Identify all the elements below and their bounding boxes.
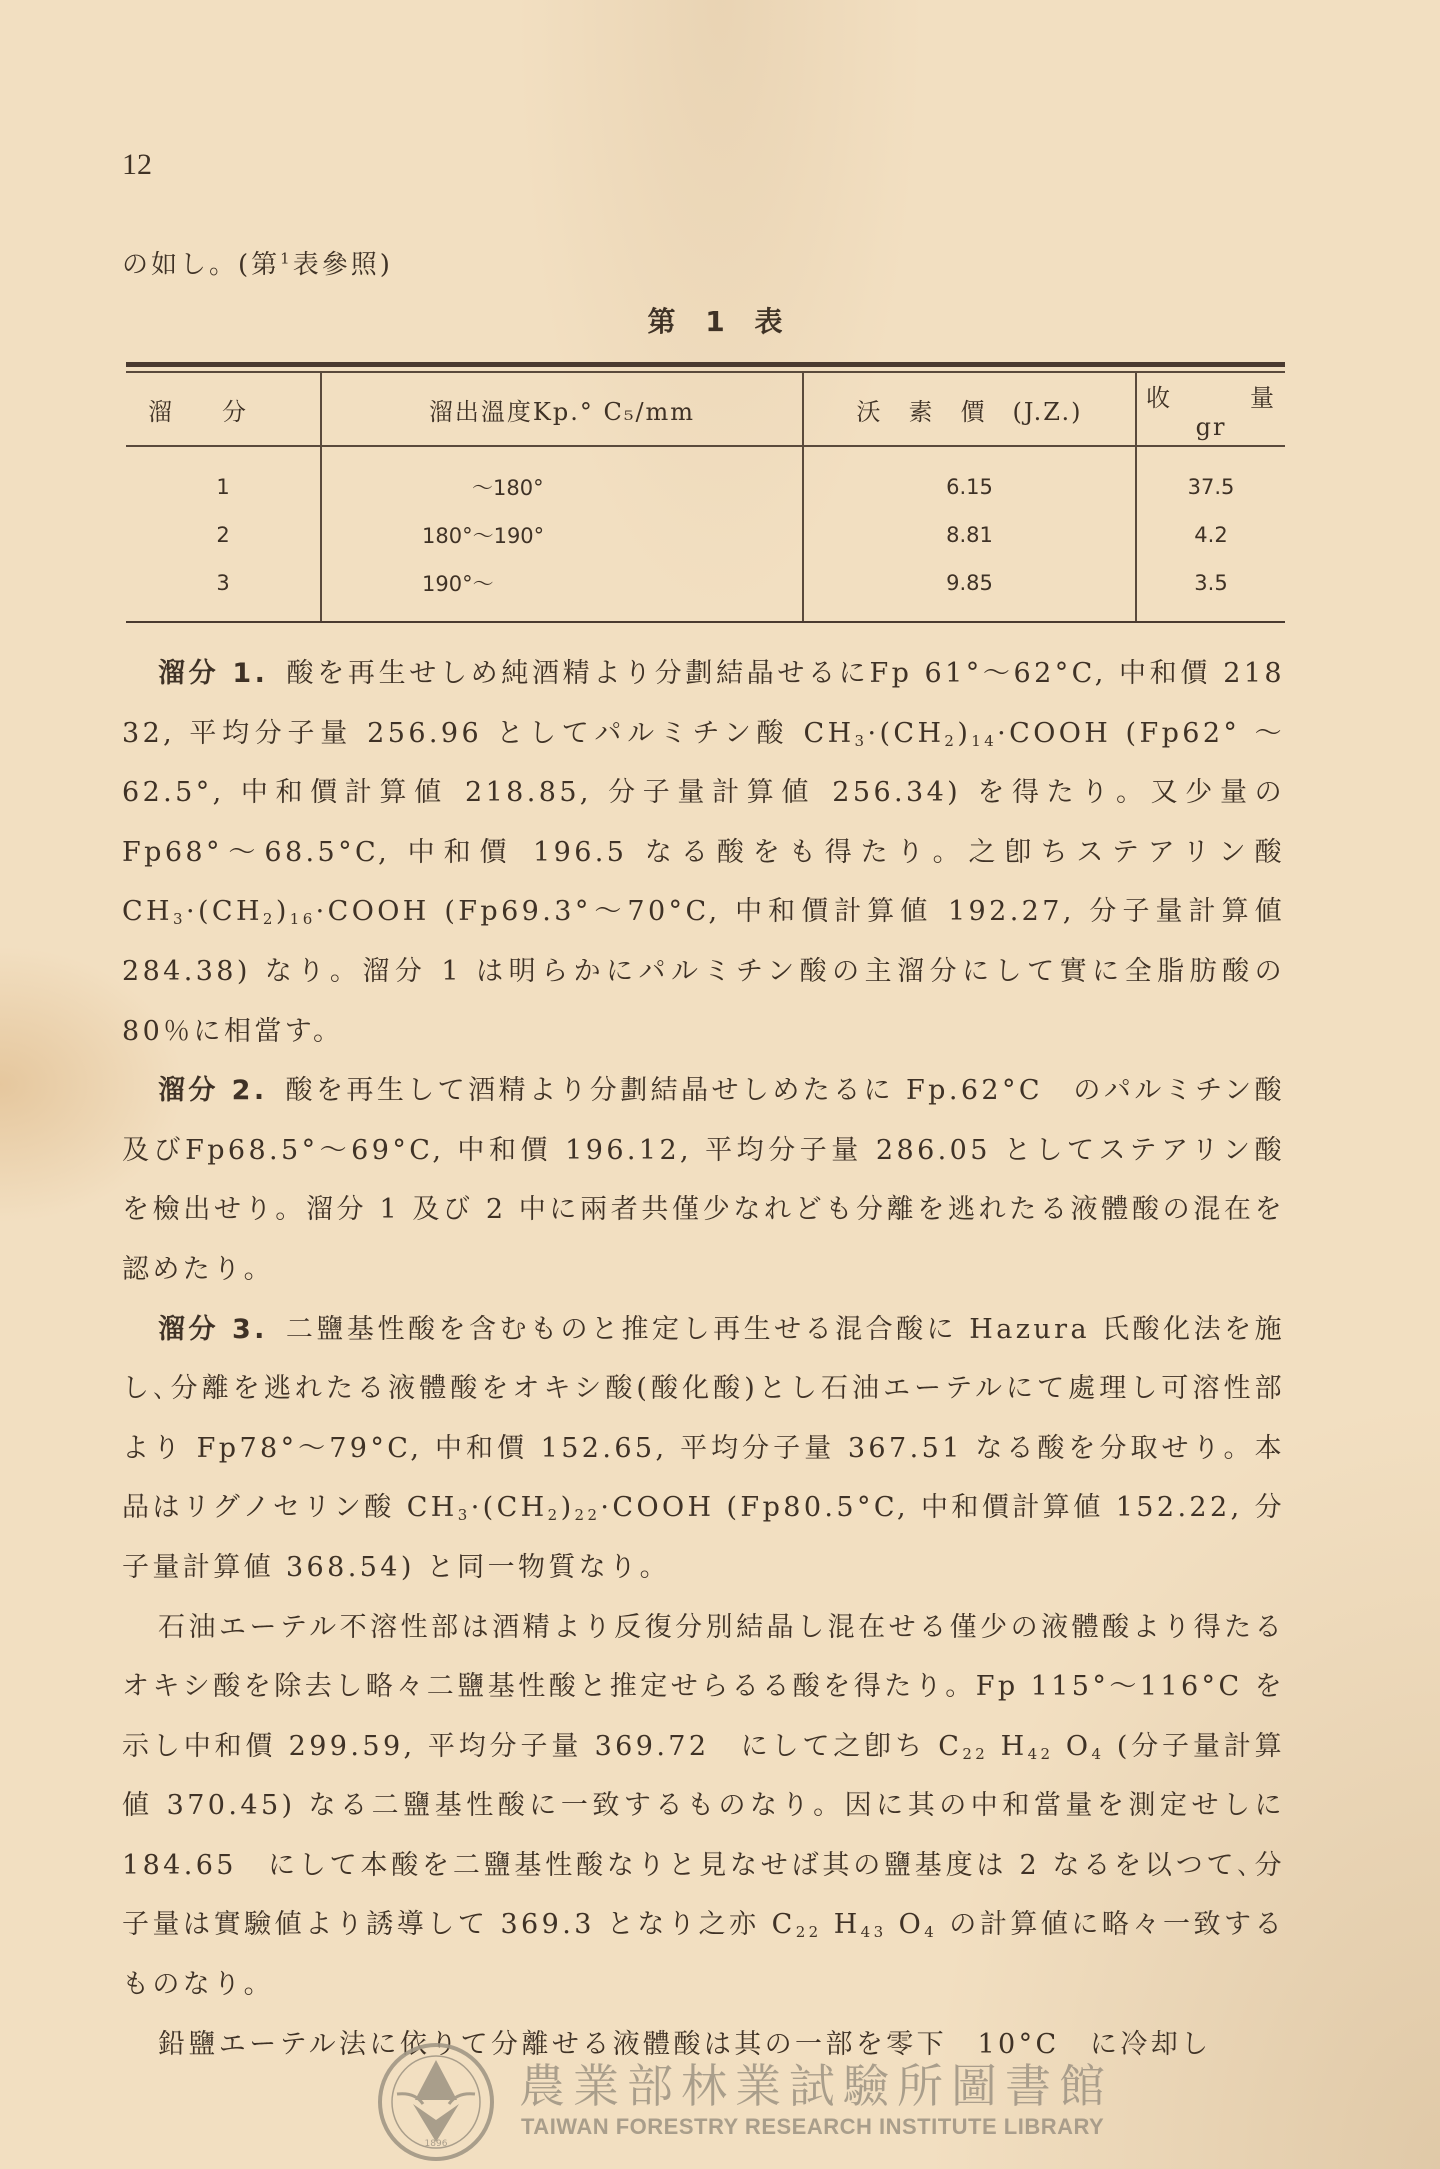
text-run: ·(CH bbox=[471, 1492, 548, 1523]
subscript: 22 bbox=[796, 1923, 822, 1941]
table-bottom-rule bbox=[126, 621, 1285, 623]
paragraph-fraction-1: 溜分 1.酸を再生せしめ純酒精より分劃結晶せるにFp 61°～62°C, 中和價… bbox=[122, 644, 1285, 1061]
subscript: 3 bbox=[458, 1506, 471, 1524]
text-run: H bbox=[822, 1909, 861, 1940]
institute-logo-icon: 1896 bbox=[375, 2042, 497, 2162]
library-name-chinese: 農業部林業試驗所圖書館 bbox=[519, 2050, 1113, 2116]
subscript: 2 bbox=[263, 910, 276, 928]
library-watermark: 1896 農業部林業試驗所圖書館 TAIWAN FORESTRY RESEARC… bbox=[375, 2042, 1075, 2162]
text-run: O bbox=[1053, 1731, 1091, 1762]
library-name-english: TAIWAN FORESTRY RESEARCH INSTITUTE LIBRA… bbox=[521, 2114, 1104, 2140]
cell-temperature: ～180° bbox=[321, 446, 803, 511]
subscript: 16 bbox=[290, 910, 316, 928]
table-header-row: 溜分 溜出溫度Kp.° C₅/mm 沃 素 價 (J.Z.) 收 量 gr bbox=[126, 373, 1285, 446]
text-run: O bbox=[887, 1909, 925, 1940]
header-fraction-a: 溜 bbox=[148, 398, 174, 426]
data-table: 溜分 溜出溫度Kp.° C₅/mm 沃 素 價 (J.Z.) 收 量 gr 1 … bbox=[126, 362, 1285, 623]
table-row: 3 190°～ 9.85 3.5 bbox=[126, 559, 1285, 621]
subscript: 4 bbox=[1091, 1745, 1104, 1763]
subscript: 3 bbox=[855, 732, 868, 750]
table-caption: 第 1 表 bbox=[0, 300, 1440, 340]
text-run: 酸を再生して酒精より分劃結晶せしめたるに Fp.62°C のパルミチン酸及びFp… bbox=[122, 1075, 1285, 1285]
subscript: 2 bbox=[944, 732, 957, 750]
body-text: 溜分 1.酸を再生せしめ純酒精より分劃結晶せるにFp 61°～62°C, 中和價… bbox=[122, 644, 1285, 2074]
paragraph-fraction-3: 溜分 3.二鹽基性酸を含むものと推定し再生せる混合酸に Hazura 氏酸化法を… bbox=[122, 1300, 1285, 1598]
table-row: 1 ～180° 6.15 37.5 bbox=[126, 446, 1285, 511]
header-iodine-value: 沃 素 價 (J.Z.) bbox=[803, 373, 1136, 446]
page-number: 12 bbox=[122, 148, 152, 182]
text-run: ) bbox=[957, 718, 971, 749]
subscript: 42 bbox=[1028, 1745, 1054, 1763]
subscript: 22 bbox=[575, 1506, 601, 1524]
paragraph-label: 溜分 1. bbox=[158, 658, 268, 689]
table-row: 2 180°～190° 8.81 4.2 bbox=[126, 511, 1285, 559]
header-fraction-b: 分 bbox=[222, 398, 248, 426]
cell-yield: 37.5 bbox=[1136, 446, 1285, 511]
paragraph-label: 溜分 2. bbox=[158, 1075, 268, 1106]
header-fraction: 溜分 bbox=[126, 373, 321, 446]
text-run: H bbox=[988, 1731, 1027, 1762]
paragraph-fraction-2: 溜分 2.酸を再生して酒精より分劃結晶せしめたるに Fp.62°C のパルミチン… bbox=[122, 1061, 1285, 1299]
paragraph-label: 溜分 3. bbox=[158, 1314, 268, 1345]
table-top-rule-thick bbox=[126, 362, 1285, 367]
cell-temperature: 190°～ bbox=[321, 559, 803, 621]
subscript: 4 bbox=[924, 1923, 937, 1941]
svg-text:1896: 1896 bbox=[425, 2139, 448, 2149]
subscript: 22 bbox=[962, 1745, 988, 1763]
header-temperature: 溜出溫度Kp.° C₅/mm bbox=[321, 373, 803, 446]
paragraph-insoluble-part: 石油エーテル不溶性部は酒精より反復分別結晶し混在せる僅少の液體酸より得たるオキシ… bbox=[122, 1598, 1285, 2015]
distillation-table: 溜分 溜出溫度Kp.° C₅/mm 沃 素 價 (J.Z.) 收 量 gr 1 … bbox=[126, 373, 1285, 621]
subscript: 43 bbox=[861, 1923, 887, 1941]
subscript: 14 bbox=[971, 732, 997, 750]
subscript: 2 bbox=[548, 1506, 561, 1524]
subscript: 3 bbox=[173, 910, 186, 928]
intro-text-after: 表參照) bbox=[293, 250, 393, 280]
cell-iodine-value: 9.85 bbox=[803, 559, 1136, 621]
cell-yield: 3.5 bbox=[1136, 559, 1285, 621]
cell-yield: 4.2 bbox=[1136, 511, 1285, 559]
text-run: ) bbox=[276, 896, 290, 927]
intro-text-before: の如し。(第 bbox=[122, 250, 280, 280]
cell-iodine-value: 6.15 bbox=[803, 446, 1136, 511]
intro-line: の如し。(第1表參照) bbox=[122, 244, 393, 281]
cell-fraction: 1 bbox=[126, 446, 321, 511]
text-run: ) bbox=[561, 1492, 575, 1523]
intro-table-ref-number: 1 bbox=[280, 249, 293, 267]
text-run: ·(CH bbox=[186, 896, 263, 927]
text-run: ·(CH bbox=[867, 718, 944, 749]
cell-temperature: 180°～190° bbox=[321, 511, 803, 559]
cell-fraction: 3 bbox=[126, 559, 321, 621]
cell-fraction: 2 bbox=[126, 511, 321, 559]
cell-iodine-value: 8.81 bbox=[803, 511, 1136, 559]
header-yield: 收 量 gr bbox=[1136, 373, 1285, 446]
